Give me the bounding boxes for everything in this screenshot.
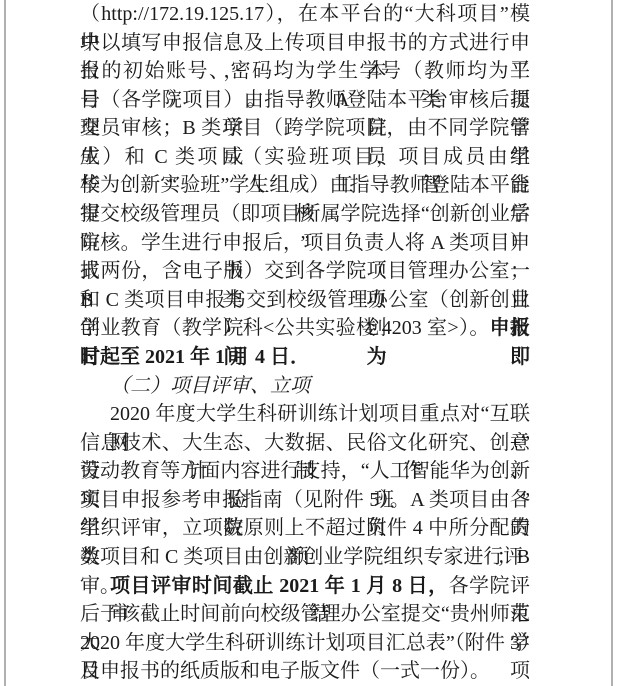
text-line: 后于该截止时间前向校级管理办公室提交“贵州师范大学 [80,600,530,629]
text-line: 项目评审时间截止 2021 年 1 月 8 日，各学院评审结束 [80,572,530,601]
text-line: 华为创新实验班”学生组成）由指导教师登陆本平台审核后 [80,171,530,200]
document-page: （http://172.19.125.17），在本平台的“大科项目”模块中以填写… [0,0,618,686]
text-line: 审核。学生进行申报后，项目负责人将 A 类项目申报书（一 [80,229,530,258]
document-text: （http://172.19.125.17），在本平台的“大科项目”模块中以填写… [80,0,530,686]
text-line: 2020 年度大学生科研训练计划项目汇总表”（附件 3）及项 [80,629,530,658]
text-line: 组织评审，立项数原则上不超过附件 4 中所分配的数额；B [80,514,530,543]
text-line: 成）和 C 类项目（实验班项目，项目成员由学校“人工智能 [80,143,530,172]
text-line: 理员审核；B 类项目（跨学院项目，由不同学院学生成员组 [80,114,530,143]
text-segment: （二）项目评审、立项 [110,375,310,397]
text-line: 创业教育（教学）科<公共实验楼 4203 室>）。申报时间为即 [80,314,530,343]
bold-text-segment: 项目评审时间截止 2021 年 1 月 8 日， [110,575,449,597]
text-line: 提交校级管理员（即项目所属学院选择“创新创业学院”） [80,200,530,229]
page-left-border [4,0,6,686]
text-line: 中以填写申报信息及上传项目申报书的方式进行申报，本平 [80,29,530,58]
page-right-border [611,0,613,686]
text-line: 目申报书的纸质版和电子版文件（一式一份）。 [80,657,530,686]
text-line: 信息技术、大生态、大数据、民俗文化研究、创意设计制作、 [80,429,530,458]
bold-text-segment: 日起至 2021 年 1 月 4 日． [80,346,310,368]
text-line: 类项目和 C 类项目由创新创业学院组织专家进行评审。 [80,543,530,572]
text-line: （http://172.19.125.17），在本平台的“大科项目”模块 [80,0,530,29]
text-line: 台的初始账号、密码均为学生学号（教师均为工号）。A 类项 [80,57,530,86]
text-line: 式两份，含电子版）交到各学院项目管理办公室；B 类项目 [80,257,530,286]
text-line: 项目申报参考申报指南（见附件 5）。A 类项目由各学院负责 [80,486,530,515]
text-line: 2020 年度大学生科研训练计划项目重点对“互联网+” [80,400,530,429]
text-line: 劳动教育等方面内容进行支持，“人工智能华为创新实验班” [80,457,530,486]
text-line: 和 C 类项目申报书交到校级管理办公室（创新创业学院创新 [80,286,530,315]
text-line: 目（各学院项目）由指导教师登陆本平台审核后提交学院管 [80,86,530,115]
section-heading: （二）项目评审、立项 [80,372,530,401]
text-segment: 创业教育（教学）科<公共实验楼 4203 室>）。 [80,317,490,339]
text-segment: 目申报书的纸质版和电子版文件（一式一份）。 [80,660,490,682]
